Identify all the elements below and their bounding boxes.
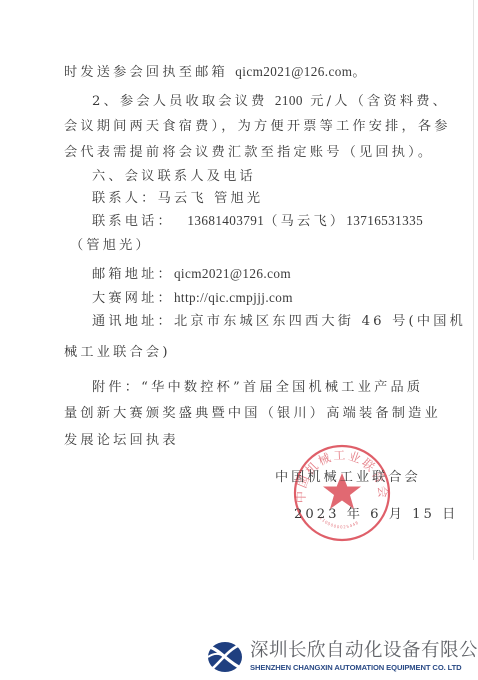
phone-name-2: （管旭光） <box>70 238 152 254</box>
text: 。 <box>352 65 368 80</box>
company-name-cn: 深圳长欣自动化设备有限公司 <box>250 640 478 662</box>
contact-person-value: 马云飞 管旭光 <box>158 191 264 206</box>
contact-person-line: 联系人：马云飞 管旭光 <box>92 191 263 207</box>
address-line-2: 械工业联合会) <box>64 345 171 361</box>
email-line: 邮箱地址：qicm2021@126.com <box>92 266 291 283</box>
paragraph-fee-line-3: 会代表需提前将会议费汇款至指定账号（见回执）。 <box>64 145 434 161</box>
attachment-line-3: 发展论坛回执表 <box>64 433 179 449</box>
website-line: 大赛网址：http://qic.cmpjjj.com <box>92 290 293 307</box>
company-watermark-logo: 深圳长欣自动化设备有限公司 SHENZHEN CHANGXIN AUTOMATI… <box>205 640 475 676</box>
phone-number-1: 13681403791 <box>187 213 264 228</box>
paragraph-fee-line-2: 会议期间两天食宿费），为方便开票等工作安排，各参 <box>64 119 451 135</box>
signature-date: 2023 年 6 月 15 日 <box>294 507 458 523</box>
text: 2、参会人员收取会议费 <box>92 94 275 109</box>
company-logo-icon <box>207 641 243 673</box>
paragraph-fee-line-1: 2、参会人员收取会议费 2100 元/人（含资料费、 <box>92 93 449 110</box>
attachment-line-1: 附件：“华中数控杯”首届全国机械工业产品质 <box>92 380 423 396</box>
fee-amount: 2100 <box>275 93 303 108</box>
text: 时发送参会回执至邮箱 <box>64 65 235 80</box>
paragraph-email-line: 时发送参会回执至邮箱 qicm2021@126.com。 <box>64 64 369 81</box>
section-heading: 六、会议联系人及电话 <box>92 169 256 185</box>
email-label: 邮箱地址： <box>92 267 174 282</box>
phone-name-1: （马云飞） <box>264 214 346 229</box>
company-name-en: SHENZHEN CHANGXIN AUTOMATION EQUIPMENT C… <box>250 663 462 672</box>
signature-organization: 中国机械工业联合会 <box>275 470 421 486</box>
contact-person-label: 联系人： <box>92 191 158 206</box>
official-seal-stamp-icon: 中国机械工业联合会 1100000025448 <box>293 443 391 543</box>
address-label: 通讯地址： <box>92 314 174 329</box>
phone-number-2: 13716531335 <box>346 213 423 228</box>
phone-label: 联系电话： <box>92 214 174 229</box>
website-label: 大赛网址： <box>92 291 174 306</box>
address-value: 北京市东城区东四西大街 46 号(中国机 <box>174 314 466 329</box>
page-edge-line <box>473 0 474 560</box>
contact-phone-line: 联系电话： 13681403791（马云飞）13716531335 <box>92 213 423 230</box>
attachment-line-2: 量创新大赛颁奖盛典暨中国（银川）高端装备制造业 <box>64 406 441 422</box>
address-line: 通讯地址：北京市东城区东四西大街 46 号(中国机 <box>92 314 466 330</box>
email-value[interactable]: qicm2021@126.com <box>174 266 291 281</box>
website-link[interactable]: http://qic.cmpjjj.com <box>174 290 293 305</box>
text: 元/人（含资料费、 <box>303 94 449 109</box>
email-link[interactable]: qicm2021@126.com <box>235 64 352 79</box>
